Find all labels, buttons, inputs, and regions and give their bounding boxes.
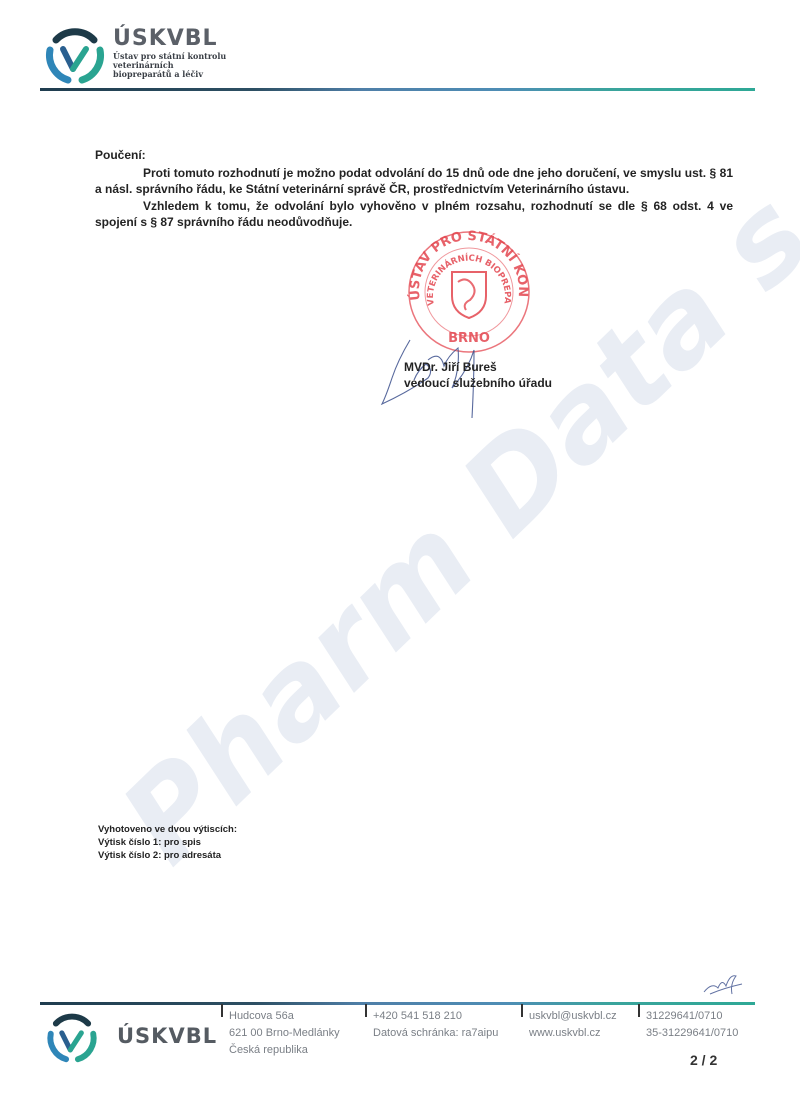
bank-account: 35-31229641/0710 [646,1025,738,1042]
footer-address: Hudcova 56a 621 00 Brno-Medlánky Česká r… [229,1008,340,1059]
data-box-id: Datová schránka: ra7aipu [373,1025,498,1042]
paragraph-appeal: Proti tomuto rozhodnutí je možno podat o… [95,165,733,198]
uskvbl-logo-icon [42,22,108,88]
bank-account: 31229641/0710 [646,1008,738,1025]
email-link[interactable]: uskvbl@uskvbl.cz [529,1008,617,1025]
brand-subtitle: Ústav pro státní kontrolu veterinárních … [113,52,226,79]
footer-separator [521,1004,523,1017]
header-divider [40,88,755,91]
footer-separator [638,1004,640,1017]
copies-note: Vyhotoveno ve dvou výtiscích: Výtisk čís… [98,823,237,862]
page-number: 2 / 2 [690,1052,717,1068]
phone-number: +420 541 518 210 [373,1008,498,1025]
watermark: Pharm Data s. r. o. [95,0,800,889]
footer-divider [40,1002,755,1005]
footer-web: uskvbl@uskvbl.cz www.uskvbl.cz [529,1008,617,1042]
footer-separator [365,1004,367,1017]
uskvbl-logo-icon [42,1010,102,1066]
svg-text:ÚSTAV PRO STÁTNÍ KONTROLU: ÚSTAV PRO STÁTNÍ KONTROLU [400,230,530,301]
footer-contact: +420 541 518 210 Datová schránka: ra7aip… [373,1008,498,1042]
header-brand: ÚSKVBL Ústav pro státní kontrolu veterin… [113,28,226,79]
address-line: 621 00 Brno-Medlánky [229,1025,340,1042]
paragraph-reasoning: Vzhledem k tomu, že odvolání bylo vyhově… [95,198,733,231]
copies-line: Výtisk číslo 1: pro spis [98,836,237,849]
document-body: Poučení: Proti tomuto rozhodnutí je možn… [95,147,733,231]
brand-subtitle-line: biopreparátů a léčiv [113,70,226,79]
address-line: Hudcova 56a [229,1008,340,1025]
handwritten-initials-icon [700,970,745,1000]
copies-line: Vyhotoveno ve dvou výtiscích: [98,823,237,836]
signatory-name: MVDr. Jiří Bureš [404,359,552,375]
signatory-block: MVDr. Jiří Bureš vedoucí služebního úřad… [404,359,552,391]
footer-bank: 31229641/0710 35-31229641/0710 [646,1008,738,1042]
stamp-outer-text: ÚSTAV PRO STÁTNÍ KONTROLU [400,230,530,301]
address-line: Česká republika [229,1042,340,1059]
footer-separator [221,1004,223,1017]
signatory-role: vedoucí služebního úřadu [404,375,552,391]
footer-brand-name: ÚSKVBL [117,1024,217,1048]
website-link[interactable]: www.uskvbl.cz [529,1025,617,1042]
brand-name: ÚSKVBL [113,28,226,50]
copies-line: Výtisk číslo 2: pro adresáta [98,849,237,862]
section-heading: Poučení: [95,147,733,164]
